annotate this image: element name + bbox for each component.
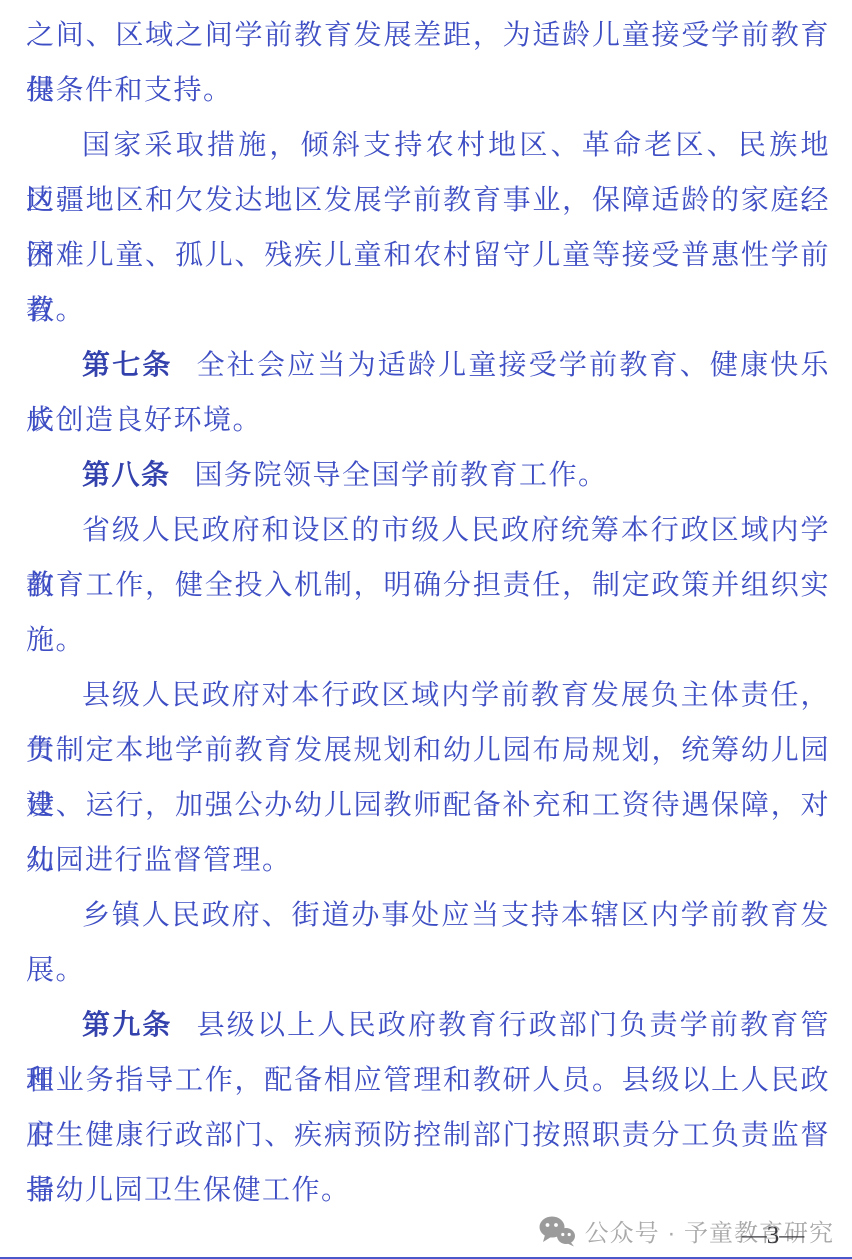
body-line: 之间、区域之间学前教育发展差距，为适龄儿童接受学前教育提 [26, 8, 830, 63]
body-line: 责制定本地学前教育发展规划和幼儿园布局规划，统筹幼儿园建 [26, 723, 830, 778]
article-number: 第八条 [82, 460, 171, 491]
body-line: 施。 [26, 613, 830, 668]
page-number: —3— [718, 1222, 828, 1250]
body-line: 国家采取措施，倾斜支持农村地区、革命老区、民族地区、 [26, 118, 830, 173]
page-number-dash-left: — [742, 1222, 767, 1249]
page-number-value: 3 [767, 1222, 780, 1249]
body-line: 供条件和支持。 [26, 63, 830, 118]
article-number: 第七条 [82, 350, 173, 381]
body-line: 儿园进行监督管理。 [26, 833, 830, 888]
body-line: 边疆地区和欠发达地区发展学前教育事业，保障适龄的家庭经济 [26, 173, 830, 228]
body-line: 教育工作，健全投入机制，明确分担责任，制定政策并组织实 [26, 558, 830, 613]
body-line: 乡镇人民政府、街道办事处应当支持本辖区内学前教育发 [26, 888, 830, 943]
page-number-dash-right: — [779, 1222, 804, 1249]
line-text: 国务院领导全国学前教育工作。 [195, 460, 608, 491]
document-body: 之间、区域之间学前教育发展差距，为适龄儿童接受学前教育提 供条件和支持。 国家采… [26, 8, 830, 1218]
body-line: 和业务指导工作，配备相应管理和教研人员。县级以上人民政府 [26, 1053, 830, 1108]
body-line: 长创造良好环境。 [26, 393, 830, 448]
body-line: 省级人民政府和设区的市级人民政府统筹本行政区域内学前 [26, 503, 830, 558]
article-number: 第九条 [82, 1010, 173, 1041]
body-line: 第九条县级以上人民政府教育行政部门负责学前教育管理 [26, 998, 830, 1053]
body-line: 第七条全社会应当为适龄儿童接受学前教育、健康快乐成 [26, 338, 830, 393]
body-line: 导幼儿园卫生保健工作。 [26, 1163, 830, 1218]
body-line: 设、运行，加强公办幼儿园教师配备补充和工资待遇保障，对幼 [26, 778, 830, 833]
body-line: 县级人民政府对本行政区域内学前教育发展负主体责任，负 [26, 668, 830, 723]
wechat-icon [538, 1215, 576, 1247]
body-line: 育。 [26, 283, 830, 338]
body-line: 困难儿童、孤儿、残疾儿童和农村留守儿童等接受普惠性学前教 [26, 228, 830, 283]
body-line: 第八条国务院领导全国学前教育工作。 [26, 448, 830, 503]
body-line: 展。 [26, 943, 830, 998]
body-line: 卫生健康行政部门、疾病预防控制部门按照职责分工负责监督指 [26, 1108, 830, 1163]
document-page: 之间、区域之间学前教育发展差距，为适龄儿童接受学前教育提 供条件和支持。 国家采… [0, 0, 852, 1259]
